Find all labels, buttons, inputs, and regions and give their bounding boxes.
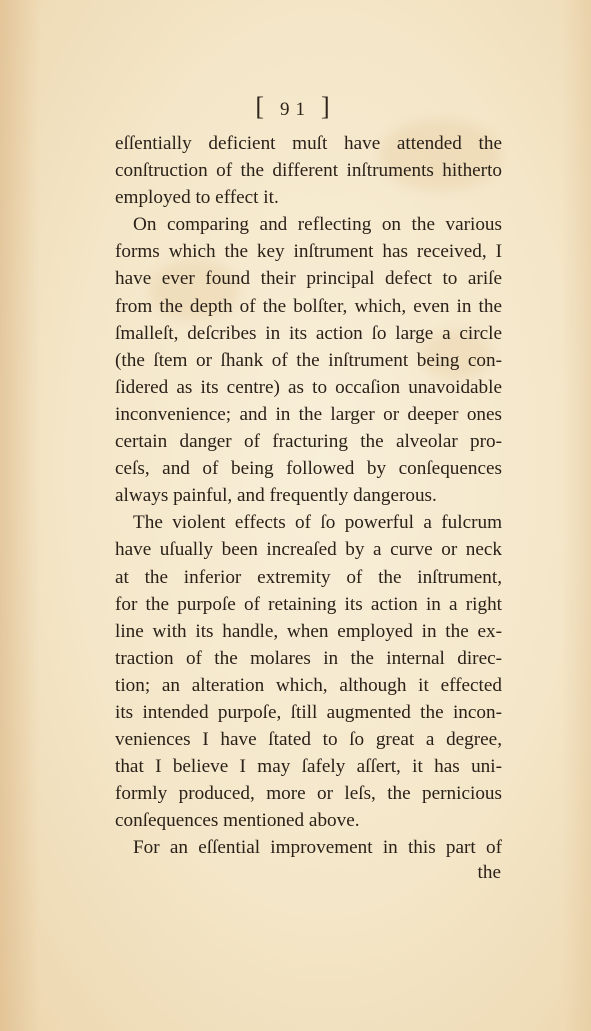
text-line: have uſually been increaſed by a curve o… — [115, 536, 502, 563]
text-line: On comparing and reflecting on the vario… — [115, 211, 502, 238]
text-line: The violent effects of ſo powerful a ful… — [115, 509, 502, 536]
text-line: (the ſtem or ſhank of the inſtrument bei… — [115, 347, 502, 374]
paper-edge-right — [561, 0, 591, 1031]
text-line: ceſs, and of being followed by conſequen… — [115, 455, 502, 482]
text-line: its intended purpoſe, ſtill augmented th… — [115, 699, 502, 726]
text-line: inconvenience; and in the larger or deep… — [115, 401, 502, 428]
close-bracket: ] — [321, 92, 336, 121]
text-line: at the inferior extremity of the inſtrum… — [115, 564, 502, 591]
text-line: traction of the molares in the internal … — [115, 645, 502, 672]
page-number: 91 — [280, 99, 311, 120]
running-head: [91] — [0, 92, 591, 122]
paper-edge-left — [0, 0, 40, 1031]
text-line: conſequences mentioned above. — [115, 807, 502, 834]
text-line: line with its handle, when employed in t… — [115, 618, 502, 645]
text-line: that I believe I may ſafely aſſert, it h… — [115, 753, 502, 780]
text-line: formly produced, more or leſs, the perni… — [115, 780, 502, 807]
open-bracket: [ — [255, 92, 270, 121]
text-line: eſſentially deficient muſt have attended… — [115, 130, 502, 157]
text-line: conſtruction of the different inſtrument… — [115, 157, 502, 184]
body-text: eſſentially deficient muſt have attended… — [115, 130, 502, 862]
text-line: have ever found their principal defect t… — [115, 265, 502, 292]
text-line: ſmalleſt, deſcribes in its action ſo lar… — [115, 320, 502, 347]
text-line: always painful, and frequently dangerous… — [115, 482, 502, 509]
text-line: certain danger of fracturing the alveola… — [115, 428, 502, 455]
text-line: ſidered as its centre) as to occaſion un… — [115, 374, 502, 401]
text-line: forms which the key inſtrument has recei… — [115, 238, 502, 265]
text-line: tion; an alteration which, although it e… — [115, 672, 502, 699]
text-line: for the purpoſe of retaining its action … — [115, 591, 502, 618]
text-line: For an eſſential improvement in this par… — [115, 834, 502, 861]
text-line: employed to effect it. — [115, 184, 502, 211]
catchword: the — [478, 862, 501, 884]
text-line: from the depth of the bolſter, which, ev… — [115, 293, 502, 320]
text-line: veniences I have ſtated to ſo great a de… — [115, 726, 502, 753]
